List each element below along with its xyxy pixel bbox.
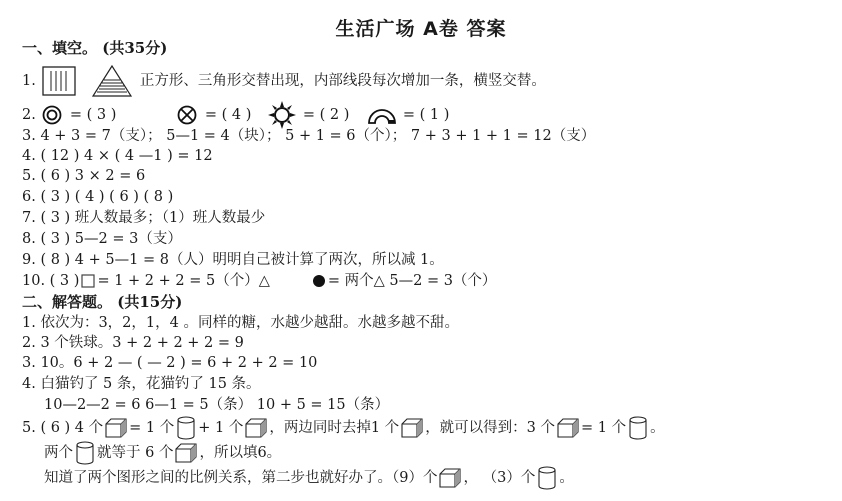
section1-heading: 一、填空。 (共35分) [22,38,167,58]
q5-line: 5. ( 6 ) 3 × 2 = 6 [22,166,145,186]
s2-q5-text: 两个 [44,443,73,463]
cube-icon [439,468,461,488]
q10-part3: = 两个△ 5—2 = 3（个） [328,271,497,291]
cube-icon [175,443,197,463]
triangle-horizontal-lines-icon [92,65,132,97]
circle-x-icon [177,105,197,125]
s2-q3-line: 3. 10。6 + 2 — ( — 2 ) = 6 + 2 + 2 = 10 [22,353,317,373]
s2-q5-text: 5. ( 6 ) 4 个 [22,418,103,438]
cylinder-icon [75,441,95,465]
s2-q5-text: 就等于 6 个 [97,443,173,463]
q4-line: 4. ( 12 ) 4 × ( 4 —1 ) = 12 [22,146,213,166]
s2-q1-line: 1. 依次为：3，2，1，4 。同样的糖，水越少越甜。水越多越不甜。 [22,313,459,333]
s2-q5-text: = 1 个 [129,418,174,438]
q1-line: 1. 正方形、三角形交替出现，内部线段每次增加一条，横竖交替。 [22,65,546,97]
s2-q5-text: + 1 个 [198,418,243,438]
q9-line: 9. ( 8 ) 4 + 5—1 = 8（人）明明自己被计算了两次，所以减 1。 [22,250,444,270]
cube-icon [105,418,127,438]
s2-q5-line2: 两个 就等于 6 个 ，所以填6。 [44,441,281,465]
arch-icon [367,105,397,125]
s2-q5-text: ，所以填6。 [199,443,281,463]
s2-q5-text: ，两边同时去掉1 个 [269,418,399,438]
q3-line: 3. 4 + 3 = 7（支）； 5—1 = 4（块）； 5 + 1 = 6（个… [22,126,595,146]
q6-line: 6. ( 3 ) ( 4 ) ( 6 ) ( 8 ) [22,187,173,207]
q10-part1: 10. ( 3 ) [22,271,79,291]
s2-q5-line3: 知道了两个图形之间的比例关系，第二步也就好办了。（9）个 ， （3）个 。 [44,466,574,490]
q8-line: 8. ( 3 ) 5—2 = 3（支） [22,229,182,249]
q2-eq-1: = ( 3 ) [70,105,175,125]
s2-q2-line: 2. 3 个铁球。3 + 2 + 2 + 2 = 9 [22,333,244,353]
square-icon [81,274,95,288]
s2-q5-line1: 5. ( 6 ) 4 个 = 1 个 + 1 个 ，两边同时去掉1 个 ，就可以… [22,416,665,440]
q1-text: 正方形、三角形交替出现，内部线段每次增加一条，横竖交替。 [140,71,546,91]
cylinder-icon [537,466,557,490]
cylinder-icon [628,416,648,440]
q2-eq-4: = ( 1 ) [403,105,450,125]
s2-q4-line2: 10—2—2 = 6 6—1 = 5（条） 10 + 5 = 15（条） [44,395,389,415]
q10-line: 10. ( 3 ) = 1 + 2 + 2 = 5（个）△ = 两个△ 5—2 … [22,271,496,291]
s2-q5-text: 。 [650,418,665,438]
s2-q5-text: ，就可以得到：3 个 [425,418,555,438]
q2-num: 2. [22,105,36,125]
s2-q4-line1: 4. 白猫钓了 5 条，花猫钓了 15 条。 [22,374,261,394]
q2-eq-2: = ( 4 ) [205,105,265,125]
page-title: 生活广场 A卷 答案 [0,14,842,41]
q1-num: 1. [22,71,36,91]
cylinder-icon [176,416,196,440]
q2-eq-3: = ( 2 ) [303,105,365,125]
cube-icon [245,418,267,438]
double-circle-icon [42,105,62,125]
cube-icon [401,418,423,438]
s2-q5-text: ， （3）个 [463,468,535,488]
s2-q5-text: 知道了两个图形之间的比例关系，第二步也就好办了。（9）个 [44,468,437,488]
q10-part2: = 1 + 2 + 2 = 5（个）△ [97,271,269,291]
s2-q5-text: = 1 个 [581,418,626,438]
square-vertical-lines-icon [42,66,76,96]
q7-line: 7. ( 3 ) 班人数最多；（1）班人数最少 [22,208,265,228]
filled-circle-icon [312,274,326,288]
section2-heading: 二、解答题。 (共15分) [22,292,182,312]
s2-q5-text: 。 [559,468,574,488]
cube-icon [557,418,579,438]
